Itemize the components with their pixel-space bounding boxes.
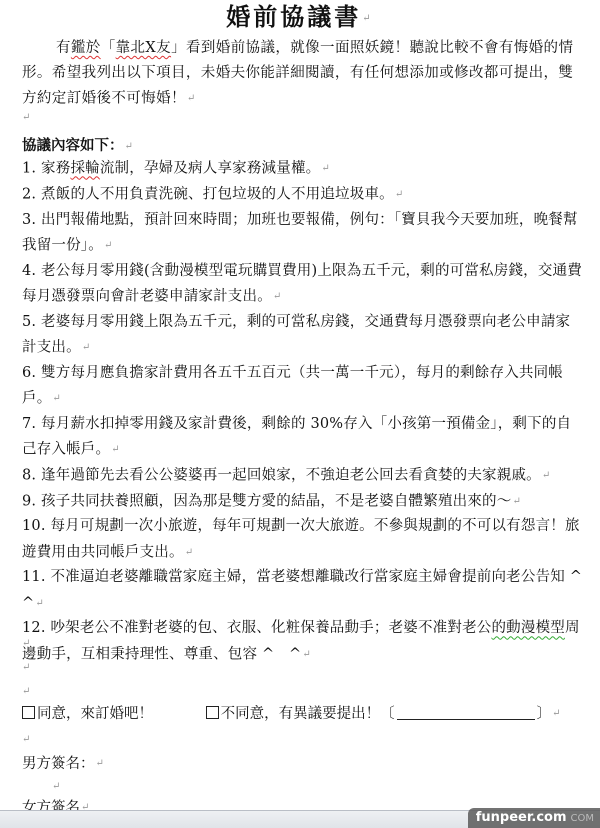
paragraph-mark: ↵ bbox=[22, 112, 30, 123]
objection-blank-field[interactable] bbox=[397, 705, 535, 720]
paragraph-mark: ↵ bbox=[395, 189, 404, 200]
paragraph-mark: ↵ bbox=[321, 163, 330, 174]
agreement-item: 10. 每月可規劃一次小旅遊，每年可規劃一次大旅遊。不參與規劃的不可以有怨言！旅… bbox=[22, 514, 584, 565]
paragraph-mark: ↵ bbox=[362, 13, 373, 24]
agreement-item: 9. 孩子共同扶養照顧，因為那是雙方愛的結晶，不是老婆自體繁殖出來的～↵ bbox=[22, 489, 584, 515]
paragraph-mark: ↵ bbox=[542, 470, 551, 481]
disagree-checkbox[interactable] bbox=[206, 706, 219, 719]
agreement-item: 5. 老婆每月零用錢上限為五千元，剩的可當私房錢，交通費每月憑發票向老公申請家計… bbox=[22, 310, 584, 361]
consent-choices: 同意，來訂婚吧！ 不同意，有異議要提出！〔〕↵ bbox=[22, 702, 592, 726]
spellcheck-underline: 採輪 bbox=[70, 161, 99, 177]
agree-checkbox[interactable] bbox=[22, 706, 35, 719]
paragraph-mark: ↵ bbox=[185, 547, 194, 558]
intro-paragraph: 有鑑於「靠北X友」看到婚前協議，就像一面照妖鏡！聽說比較不會有悔婚的情形。希望我… bbox=[22, 36, 582, 112]
watermark-logo: funpeer.comCOM bbox=[468, 808, 600, 828]
paragraph-mark: ↵ bbox=[125, 141, 133, 152]
paragraph-mark: ↵ bbox=[111, 444, 120, 455]
agreement-item: 2. 煮飯的人不用負責洗碗、打包垃圾的人不用追垃圾車。↵ bbox=[22, 182, 584, 208]
agreement-item: 3. 出門報備地點，預計回來時間；加班也要報備，例句：「寶貝我今天要加班，晚餐幫… bbox=[22, 208, 584, 259]
paragraph-mark: ↵ bbox=[22, 662, 30, 673]
agreement-item: 8. 逢年過節先去看公公婆婆再一起回娘家，不強迫老公回去看貪婪的夫家親戚。↵ bbox=[22, 463, 584, 489]
agreement-heading: 協議內容如下：↵ bbox=[22, 133, 133, 159]
agreement-item: 6. 雙方每月應負擔家計費用各五千五百元（共一萬一千元），每月的剩餘存入共同帳戶… bbox=[22, 361, 584, 412]
male-signature-line: 男方簽名：↵ bbox=[22, 752, 104, 776]
paragraph-mark: ↵ bbox=[96, 758, 104, 769]
agreement-item: 4. 老公每月零用錢(含動漫模型電玩購買費用)上限為五千元，剩的可當私房錢，交通… bbox=[22, 259, 584, 310]
paragraph-mark: ↵ bbox=[22, 686, 30, 697]
paragraph-mark: ↵ bbox=[22, 734, 30, 745]
document-page: 婚前協議書↵ 有鑑於「靠北X友」看到婚前協議，就像一面照妖鏡！聽說比較不會有悔婚… bbox=[0, 0, 600, 810]
paragraph-mark: ↵ bbox=[82, 342, 91, 353]
agreement-items: 1. 家務採輪流制，孕婦及病人享家務減量權。↵ 2. 煮飯的人不用負責洗碗、打包… bbox=[22, 156, 584, 667]
agreement-item: 1. 家務採輪流制，孕婦及病人享家務減量權。↵ bbox=[22, 156, 584, 182]
agreement-item: 12. 吵架老公不准對老婆的包、衣服、化粧保養品動手；老婆不准對老公的動漫模型周… bbox=[22, 616, 584, 667]
paragraph-mark: ↵ bbox=[52, 781, 60, 792]
paragraph-mark: ↵ bbox=[552, 708, 560, 719]
paragraph-mark: ↵ bbox=[512, 496, 521, 507]
agreement-item: 11. 不准逼迫老婆離職當家庭主婦，當老婆想離職改行當家庭主婦會提前向老公告知 … bbox=[22, 565, 584, 616]
paragraph-mark: ↵ bbox=[35, 598, 44, 609]
paragraph-mark: ↵ bbox=[104, 240, 113, 251]
paragraph-mark: ↵ bbox=[302, 649, 311, 660]
paragraph-mark: ↵ bbox=[187, 93, 196, 104]
paragraph-mark: ↵ bbox=[22, 638, 30, 649]
grammar-underline: 的動漫模型 bbox=[491, 620, 565, 636]
document-title: 婚前協議書↵ bbox=[0, 2, 600, 34]
agreement-item: 7. 每月薪水扣掉零用錢及家計費後，剩餘的 30%存入「小孩第一預備金」，剩下的… bbox=[22, 412, 584, 463]
paragraph-mark: ↵ bbox=[52, 393, 61, 404]
spellcheck-underline: 靠北X友 bbox=[116, 40, 171, 56]
spellcheck-underline: 鑑於 bbox=[71, 40, 101, 56]
disagree-option[interactable]: 不同意，有異議要提出！〔〕↵ bbox=[206, 702, 561, 726]
paragraph-mark: ↵ bbox=[273, 291, 282, 302]
agree-option[interactable]: 同意，來訂婚吧！ bbox=[22, 702, 153, 726]
